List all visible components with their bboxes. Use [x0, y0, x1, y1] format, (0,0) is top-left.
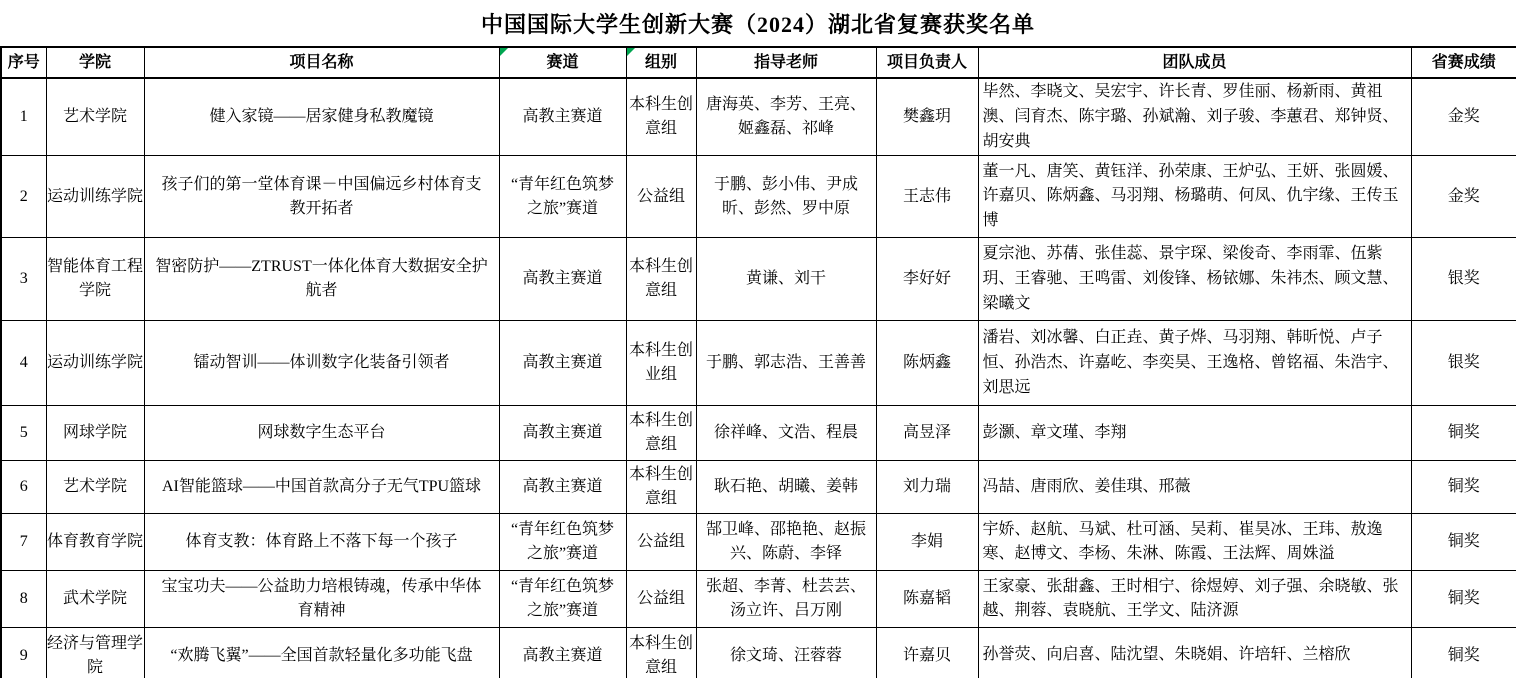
cell-award: 金奖	[1411, 156, 1516, 238]
cell-leader: 陈嘉韬	[876, 571, 978, 628]
cell-award: 金奖	[1411, 78, 1516, 156]
col-header-group: 组别	[626, 47, 696, 78]
cell-project: 孩子们的第一堂体育课－中国偏远乡村体育支教开拓者	[144, 156, 499, 238]
cell-leader: 樊鑫玥	[876, 78, 978, 156]
cell-advisors: 于鹏、彭小伟、尹成昕、彭然、罗中原	[696, 156, 876, 238]
cell-members: 王家豪、张甜鑫、王时相宁、徐煜婷、刘子强、余晓敏、张越、荆蓉、袁晓航、王学文、陆…	[978, 571, 1411, 628]
cell-members: 冯喆、唐雨欣、姜佳琪、邢薇	[978, 461, 1411, 514]
col-header-award: 省赛成绩	[1411, 47, 1516, 78]
col-header-group-label: 组别	[645, 54, 677, 71]
table-row: 9 经济与管理学院 “欢腾飞翼”——全国首款轻量化多功能飞盘 高教主赛道 本科生…	[1, 628, 1516, 678]
cell-project: 健入家镜——居家健身私教魔镜	[144, 78, 499, 156]
table-row: 7 体育教育学院 体育支教：体育路上不落下每一个孩子 “青年红色筑梦之旅”赛道 …	[1, 514, 1516, 571]
cell-group: 本科生创意组	[626, 628, 696, 678]
cell-college: 体育教育学院	[46, 514, 144, 571]
cell-leader: 王志伟	[876, 156, 978, 238]
cell-members: 潘岩、刘冰馨、白正垚、黄子烨、马羽翔、韩昕悦、卢子恒、孙浩杰、许嘉屹、李奕昊、王…	[978, 321, 1411, 406]
header-row: 序号 学院 项目名称 赛道 组别 指导老师 项目负责人 团队成员 省赛成绩	[1, 47, 1516, 78]
cell-college: 运动训练学院	[46, 156, 144, 238]
cell-track: 高教主赛道	[499, 321, 626, 406]
cell-advisors: 张超、李菁、杜芸芸、汤立许、吕万刚	[696, 571, 876, 628]
excel-error-indicator-icon	[627, 48, 635, 56]
cell-advisors: 耿石艳、胡曦、姜韩	[696, 461, 876, 514]
cell-track: 高教主赛道	[499, 406, 626, 461]
cell-no: 6	[1, 461, 46, 514]
cell-no: 4	[1, 321, 46, 406]
cell-group: 公益组	[626, 156, 696, 238]
cell-advisors: 徐文琦、汪蓉蓉	[696, 628, 876, 678]
cell-award: 银奖	[1411, 238, 1516, 321]
cell-track: 高教主赛道	[499, 461, 626, 514]
cell-project: 体育支教：体育路上不落下每一个孩子	[144, 514, 499, 571]
cell-members: 毕然、李晓文、吴宏宇、许长青、罗佳丽、杨新雨、黄祖澳、闫育杰、陈宇璐、孙斌瀚、刘…	[978, 78, 1411, 156]
col-header-college: 学院	[46, 47, 144, 78]
cell-no: 8	[1, 571, 46, 628]
table-row: 8 武术学院 宝宝功夫——公益助力培根铸魂，传承中华体育精神 “青年红色筑梦之旅…	[1, 571, 1516, 628]
cell-award: 铜奖	[1411, 571, 1516, 628]
award-list-page: 中国国际大学生创新大赛（2024）湖北省复赛获奖名单 序号 学院 项目名称 赛道…	[0, 0, 1516, 678]
cell-college: 网球学院	[46, 406, 144, 461]
cell-no: 3	[1, 238, 46, 321]
cell-leader: 高昱泽	[876, 406, 978, 461]
cell-leader: 李好好	[876, 238, 978, 321]
award-table: 序号 学院 项目名称 赛道 组别 指导老师 项目负责人 团队成员 省赛成绩 1 …	[0, 46, 1516, 678]
cell-group: 本科生创业组	[626, 321, 696, 406]
cell-project: AI智能篮球——中国首款高分子无气TPU篮球	[144, 461, 499, 514]
cell-project: 宝宝功夫——公益助力培根铸魂，传承中华体育精神	[144, 571, 499, 628]
col-header-no: 序号	[1, 47, 46, 78]
cell-advisors: 黄谦、刘干	[696, 238, 876, 321]
cell-project: 智密防护——ZTRUST一体化体育大数据安全护航者	[144, 238, 499, 321]
cell-college: 武术学院	[46, 571, 144, 628]
cell-advisors: 徐祥峰、文浩、程晨	[696, 406, 876, 461]
cell-award: 铜奖	[1411, 461, 1516, 514]
table-row: 3 智能体育工程学院 智密防护——ZTRUST一体化体育大数据安全护航者 高教主…	[1, 238, 1516, 321]
cell-advisors: 唐海英、李芳、王亮、姬鑫磊、祁峰	[696, 78, 876, 156]
cell-leader: 刘力瑞	[876, 461, 978, 514]
cell-leader: 李娟	[876, 514, 978, 571]
cell-track: 高教主赛道	[499, 78, 626, 156]
cell-award: 铜奖	[1411, 628, 1516, 678]
cell-no: 7	[1, 514, 46, 571]
cell-track: “青年红色筑梦之旅”赛道	[499, 571, 626, 628]
cell-leader: 许嘉贝	[876, 628, 978, 678]
col-header-members: 团队成员	[978, 47, 1411, 78]
excel-error-indicator-icon	[500, 48, 508, 56]
cell-award: 银奖	[1411, 321, 1516, 406]
col-header-track: 赛道	[499, 47, 626, 78]
cell-no: 1	[1, 78, 46, 156]
table-row: 5 网球学院 网球数字生态平台 高教主赛道 本科生创意组 徐祥峰、文浩、程晨 高…	[1, 406, 1516, 461]
table-row: 1 艺术学院 健入家镜——居家健身私教魔镜 高教主赛道 本科生创意组 唐海英、李…	[1, 78, 1516, 156]
cell-college: 经济与管理学院	[46, 628, 144, 678]
cell-group: 本科生创意组	[626, 238, 696, 321]
cell-group: 本科生创意组	[626, 406, 696, 461]
col-header-leader: 项目负责人	[876, 47, 978, 78]
cell-award: 铜奖	[1411, 514, 1516, 571]
cell-leader: 陈炳鑫	[876, 321, 978, 406]
cell-project: 网球数字生态平台	[144, 406, 499, 461]
cell-members: 彭灏、章文瑾、李翔	[978, 406, 1411, 461]
cell-project: 镭动智训——体训数字化装备引领者	[144, 321, 499, 406]
col-header-project: 项目名称	[144, 47, 499, 78]
cell-college: 运动训练学院	[46, 321, 144, 406]
cell-no: 9	[1, 628, 46, 678]
cell-group: 本科生创意组	[626, 461, 696, 514]
page-title: 中国国际大学生创新大赛（2024）湖北省复赛获奖名单	[0, 0, 1516, 46]
cell-award: 铜奖	[1411, 406, 1516, 461]
cell-advisors: 郜卫峰、邵艳艳、赵振兴、陈蔚、李铎	[696, 514, 876, 571]
table-row: 2 运动训练学院 孩子们的第一堂体育课－中国偏远乡村体育支教开拓者 “青年红色筑…	[1, 156, 1516, 238]
table-row: 4 运动训练学院 镭动智训——体训数字化装备引领者 高教主赛道 本科生创业组 于…	[1, 321, 1516, 406]
cell-group: 本科生创意组	[626, 78, 696, 156]
cell-no: 5	[1, 406, 46, 461]
cell-no: 2	[1, 156, 46, 238]
cell-group: 公益组	[626, 514, 696, 571]
cell-advisors: 于鹏、郭志浩、王善善	[696, 321, 876, 406]
cell-members: 宇娇、赵航、马斌、杜可涵、吴莉、崔昊冰、王玮、敖逸寒、赵博文、李杨、朱淋、陈霞、…	[978, 514, 1411, 571]
col-header-track-label: 赛道	[546, 54, 578, 71]
cell-college: 艺术学院	[46, 78, 144, 156]
col-header-advisors: 指导老师	[696, 47, 876, 78]
cell-members: 董一凡、唐笑、黄钰洋、孙荣康、王炉弘、王妍、张圆媛、许嘉贝、陈炳鑫、马羽翔、杨璐…	[978, 156, 1411, 238]
cell-college: 智能体育工程学院	[46, 238, 144, 321]
table-row: 6 艺术学院 AI智能篮球——中国首款高分子无气TPU篮球 高教主赛道 本科生创…	[1, 461, 1516, 514]
cell-track: 高教主赛道	[499, 628, 626, 678]
cell-track: “青年红色筑梦之旅”赛道	[499, 514, 626, 571]
cell-project: “欢腾飞翼”——全国首款轻量化多功能飞盘	[144, 628, 499, 678]
cell-group: 公益组	[626, 571, 696, 628]
cell-members: 夏宗池、苏蒨、张佳蕊、景宇琛、梁俊奇、李雨霏、伍紫玥、王睿驰、王鸣雷、刘俊锋、杨…	[978, 238, 1411, 321]
cell-members: 孙誉荧、向启喜、陆沈望、朱晓娟、许培轩、兰榕欣	[978, 628, 1411, 678]
cell-track: “青年红色筑梦之旅”赛道	[499, 156, 626, 238]
cell-track: 高教主赛道	[499, 238, 626, 321]
cell-college: 艺术学院	[46, 461, 144, 514]
